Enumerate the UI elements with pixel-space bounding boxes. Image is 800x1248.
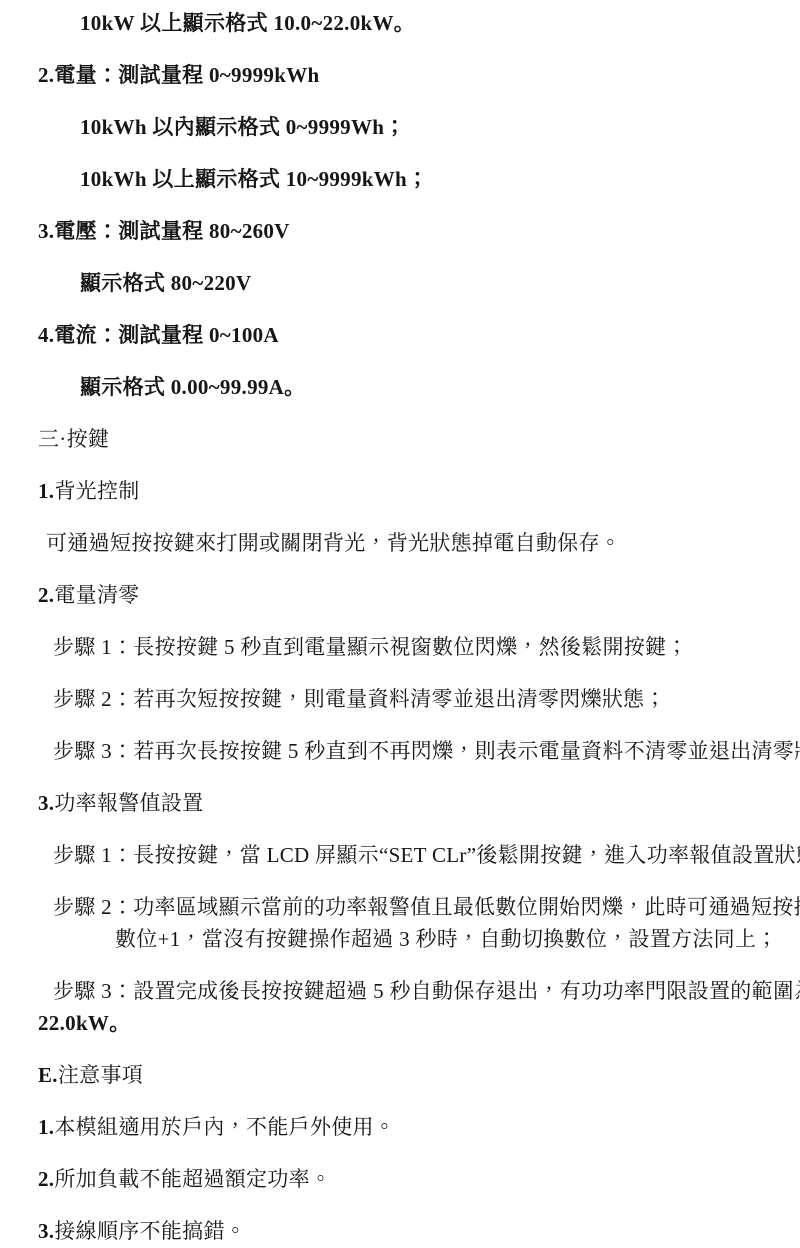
item-number: 3.	[38, 791, 54, 815]
spec-voltage-display-format: 顯示格式 80~220V	[80, 267, 800, 299]
power-alarm-step-1: 步驟 1：長按按鍵，當 LCD 屏顯示“SET CLr”後鬆開按鍵，進入功率報值…	[53, 839, 800, 871]
section-letter: E.	[38, 1063, 58, 1087]
section-label: 注意事項	[58, 1063, 143, 1087]
energy-reset-step-3: 步驟 3：若再次長按按鍵 5 秒直到不再閃爍，則表示電量資料不清零並退出清零狀態…	[53, 735, 800, 767]
spec-current-heading: 4.電流：測試量程 0~100A	[38, 319, 800, 351]
note-indoor-use: 1.本模組適用於戶內，不能戶外使用。	[38, 1111, 800, 1143]
item-backlight-control-heading: 1.背光控制	[38, 475, 800, 507]
item-number: 3.	[38, 1219, 54, 1243]
spec-power-display-format: 10kW 以上顯示格式 10.0~22.0kW。	[80, 7, 800, 39]
power-alarm-step-3-line-1: 步驟 3：設置完成後長按按鍵超過 5 秒自動保存退出，有功功率門限設置的範圍為 …	[53, 975, 800, 1007]
energy-reset-step-2: 步驟 2：若再次短按按鍵，則電量資料清零並退出清零閃爍狀態；	[53, 683, 800, 715]
note-rated-power: 2.所加負載不能超過額定功率。	[38, 1163, 800, 1195]
item-number: 2.	[38, 583, 54, 607]
note-text: 所加負載不能超過額定功率。	[54, 1167, 331, 1191]
document-page: { "page": { "background_color": "#ffffff…	[0, 0, 800, 1248]
power-alarm-step-2-line-2: 數位+1，當沒有按鍵操作超過 3 秒時，自動切換數位，設置方法同上；	[115, 923, 800, 955]
section-notes-heading: E.注意事項	[38, 1059, 800, 1091]
power-alarm-step-3-line-2: 22.0kW。	[38, 1007, 800, 1039]
note-text: 接線順序不能搞錯。	[54, 1219, 246, 1243]
spec-energy-format-under-10kwh: 10kWh 以內顯示格式 0~9999Wh；	[80, 111, 800, 143]
item-number: 1.	[38, 1115, 54, 1139]
section-keys-heading: 三·按鍵	[38, 423, 800, 455]
energy-reset-step-1: 步驟 1：長按按鍵 5 秒直到電量顯示視窗數位閃爍，然後鬆開按鍵；	[53, 631, 800, 663]
spec-voltage-heading: 3.電壓：測試量程 80~260V	[38, 215, 800, 247]
item-number: 1.	[38, 479, 54, 503]
item-number: 2.	[38, 1167, 54, 1191]
spec-energy-format-over-10kwh: 10kWh 以上顯示格式 10~9999kWh；	[80, 163, 800, 195]
backlight-control-description: 可通過短按按鍵來打開或關閉背光，背光狀態掉電自動保存。	[46, 527, 800, 559]
spec-current-display-format: 顯示格式 0.00~99.99A。	[80, 371, 800, 403]
manual-text-page: 10kW 以上顯示格式 10.0~22.0kW。 2.電量：測試量程 0~999…	[0, 0, 800, 1247]
note-wiring-order: 3.接線順序不能搞錯。	[38, 1215, 800, 1247]
power-alarm-step-2-line-1: 步驟 2：功率區域顯示當前的功率報警值且最低數位開始閃爍，此時可通過短按按鍵對該	[53, 891, 800, 923]
item-label: 功率報警值設置	[54, 791, 203, 815]
note-text: 本模組適用於戶內，不能戶外使用。	[54, 1115, 395, 1139]
item-label: 電量清零	[54, 583, 139, 607]
item-label: 背光控制	[54, 479, 139, 503]
item-energy-reset-heading: 2.電量清零	[38, 579, 800, 611]
spec-energy-heading: 2.電量：測試量程 0~9999kWh	[38, 59, 800, 91]
item-power-alarm-setting-heading: 3.功率報警值設置	[38, 787, 800, 819]
